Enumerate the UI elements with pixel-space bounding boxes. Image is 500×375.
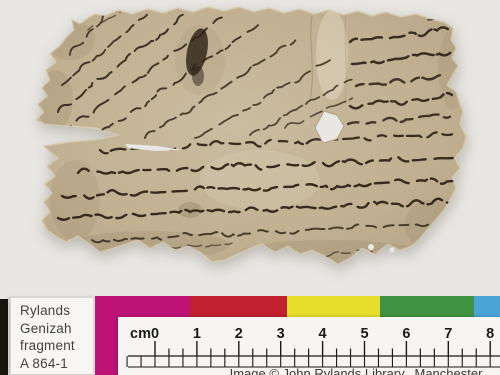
label-line: fragment xyxy=(20,337,93,355)
ruler-number: 1 xyxy=(193,326,201,342)
ruler-number: 7 xyxy=(444,326,452,342)
ruler-number: 0 xyxy=(151,326,159,342)
ruler-card: cm 0 1 2 3 4 5 6 7 8 Image © John Ryland… xyxy=(118,317,500,375)
copyright-credit: Image © John Rylands Library, Manchester xyxy=(226,366,486,375)
black-reference-card xyxy=(0,299,8,375)
label-line: Genizah xyxy=(20,320,93,338)
ruler-number: 2 xyxy=(235,326,243,342)
ruler-number: 6 xyxy=(402,326,410,342)
ruler-number: 4 xyxy=(319,326,327,342)
ruler-unit-label: cm xyxy=(130,326,151,342)
ruler-number: 8 xyxy=(486,326,494,342)
shelfmark-number: A 864-1 xyxy=(20,355,93,373)
manuscript-fragment xyxy=(0,0,500,292)
shelfmark-label: Rylands Genizah fragment A 864-1 xyxy=(10,297,94,375)
photo-stage: Rylands Genizah fragment A 864-1 cm 0 1 … xyxy=(0,0,500,375)
ruler-number: 5 xyxy=(360,326,368,342)
label-line: Rylands xyxy=(20,302,93,320)
ruler-ticks xyxy=(127,341,500,367)
ruler-number: 3 xyxy=(277,326,285,342)
